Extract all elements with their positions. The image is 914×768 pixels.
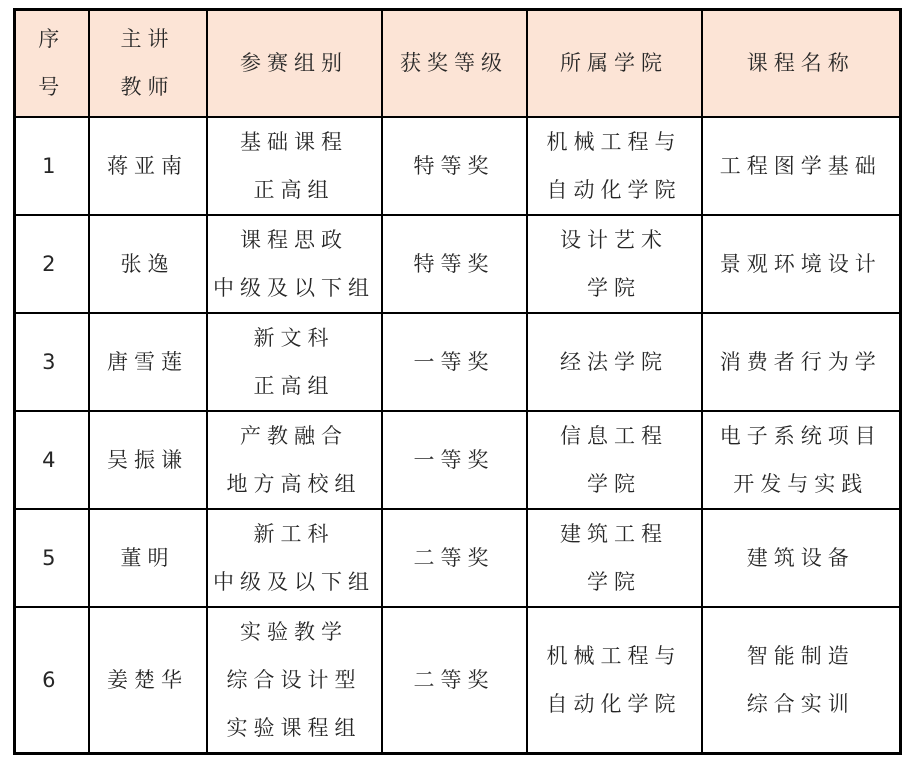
- cell-course: 电子系统项目 开发与实践: [702, 411, 901, 509]
- table-row: 1 蒋亚南 基础课程 正高组 特等奖 机械工程与 自动化学院 工程图学基础: [15, 117, 901, 215]
- column-header-index: 序 号: [15, 10, 89, 117]
- table-row: 2 张逸 课程思政 中级及以下组 特等奖 设计艺术 学院 景观环境设计: [15, 215, 901, 313]
- award-table-document: 序 号 主讲 教师 参赛组别 获奖等级 所属学院 课程名称 1 蒋亚南 基础课程…: [13, 8, 902, 755]
- cell-teacher: 吴振谦: [89, 411, 207, 509]
- column-header-group: 参赛组别: [207, 10, 382, 117]
- cell-teacher: 唐雪莲: [89, 313, 207, 411]
- cell-award: 特等奖: [382, 215, 527, 313]
- cell-award: 一等奖: [382, 411, 527, 509]
- column-header-teacher: 主讲 教师: [89, 10, 207, 117]
- cell-group: 新文科 正高组: [207, 313, 382, 411]
- cell-college: 经法学院: [527, 313, 702, 411]
- cell-course: 消费者行为学: [702, 313, 901, 411]
- cell-index: 4: [15, 411, 89, 509]
- cell-teacher: 蒋亚南: [89, 117, 207, 215]
- cell-course: 智能制造 综合实训: [702, 607, 901, 754]
- cell-award: 特等奖: [382, 117, 527, 215]
- table-row: 5 董明 新工科 中级及以下组 二等奖 建筑工程 学院 建筑设备: [15, 509, 901, 607]
- cell-college: 机械工程与 自动化学院: [527, 607, 702, 754]
- cell-course: 工程图学基础: [702, 117, 901, 215]
- cell-group: 基础课程 正高组: [207, 117, 382, 215]
- column-header-college: 所属学院: [527, 10, 702, 117]
- cell-course: 景观环境设计: [702, 215, 901, 313]
- table-row: 3 唐雪莲 新文科 正高组 一等奖 经法学院 消费者行为学: [15, 313, 901, 411]
- cell-index: 6: [15, 607, 89, 754]
- cell-college: 机械工程与 自动化学院: [527, 117, 702, 215]
- cell-college: 信息工程 学院: [527, 411, 702, 509]
- cell-course: 建筑设备: [702, 509, 901, 607]
- cell-index: 5: [15, 509, 89, 607]
- header-row: 序 号 主讲 教师 参赛组别 获奖等级 所属学院 课程名称: [15, 10, 901, 117]
- table-row: 4 吴振谦 产教融合 地方高校组 一等奖 信息工程 学院 电子系统项目 开发与实…: [15, 411, 901, 509]
- cell-index: 3: [15, 313, 89, 411]
- cell-group: 课程思政 中级及以下组: [207, 215, 382, 313]
- cell-award: 二等奖: [382, 509, 527, 607]
- cell-group: 产教融合 地方高校组: [207, 411, 382, 509]
- cell-group: 新工科 中级及以下组: [207, 509, 382, 607]
- cell-teacher: 张逸: [89, 215, 207, 313]
- cell-award: 一等奖: [382, 313, 527, 411]
- cell-award: 二等奖: [382, 607, 527, 754]
- cell-teacher: 姜楚华: [89, 607, 207, 754]
- cell-index: 1: [15, 117, 89, 215]
- cell-group: 实验教学 综合设计型 实验课程组: [207, 607, 382, 754]
- column-header-course: 课程名称: [702, 10, 901, 117]
- column-header-award: 获奖等级: [382, 10, 527, 117]
- cell-college: 设计艺术 学院: [527, 215, 702, 313]
- cell-index: 2: [15, 215, 89, 313]
- table-row: 6 姜楚华 实验教学 综合设计型 实验课程组 二等奖 机械工程与 自动化学院 智…: [15, 607, 901, 754]
- awards-table: 序 号 主讲 教师 参赛组别 获奖等级 所属学院 课程名称 1 蒋亚南 基础课程…: [13, 8, 902, 755]
- cell-college: 建筑工程 学院: [527, 509, 702, 607]
- cell-teacher: 董明: [89, 509, 207, 607]
